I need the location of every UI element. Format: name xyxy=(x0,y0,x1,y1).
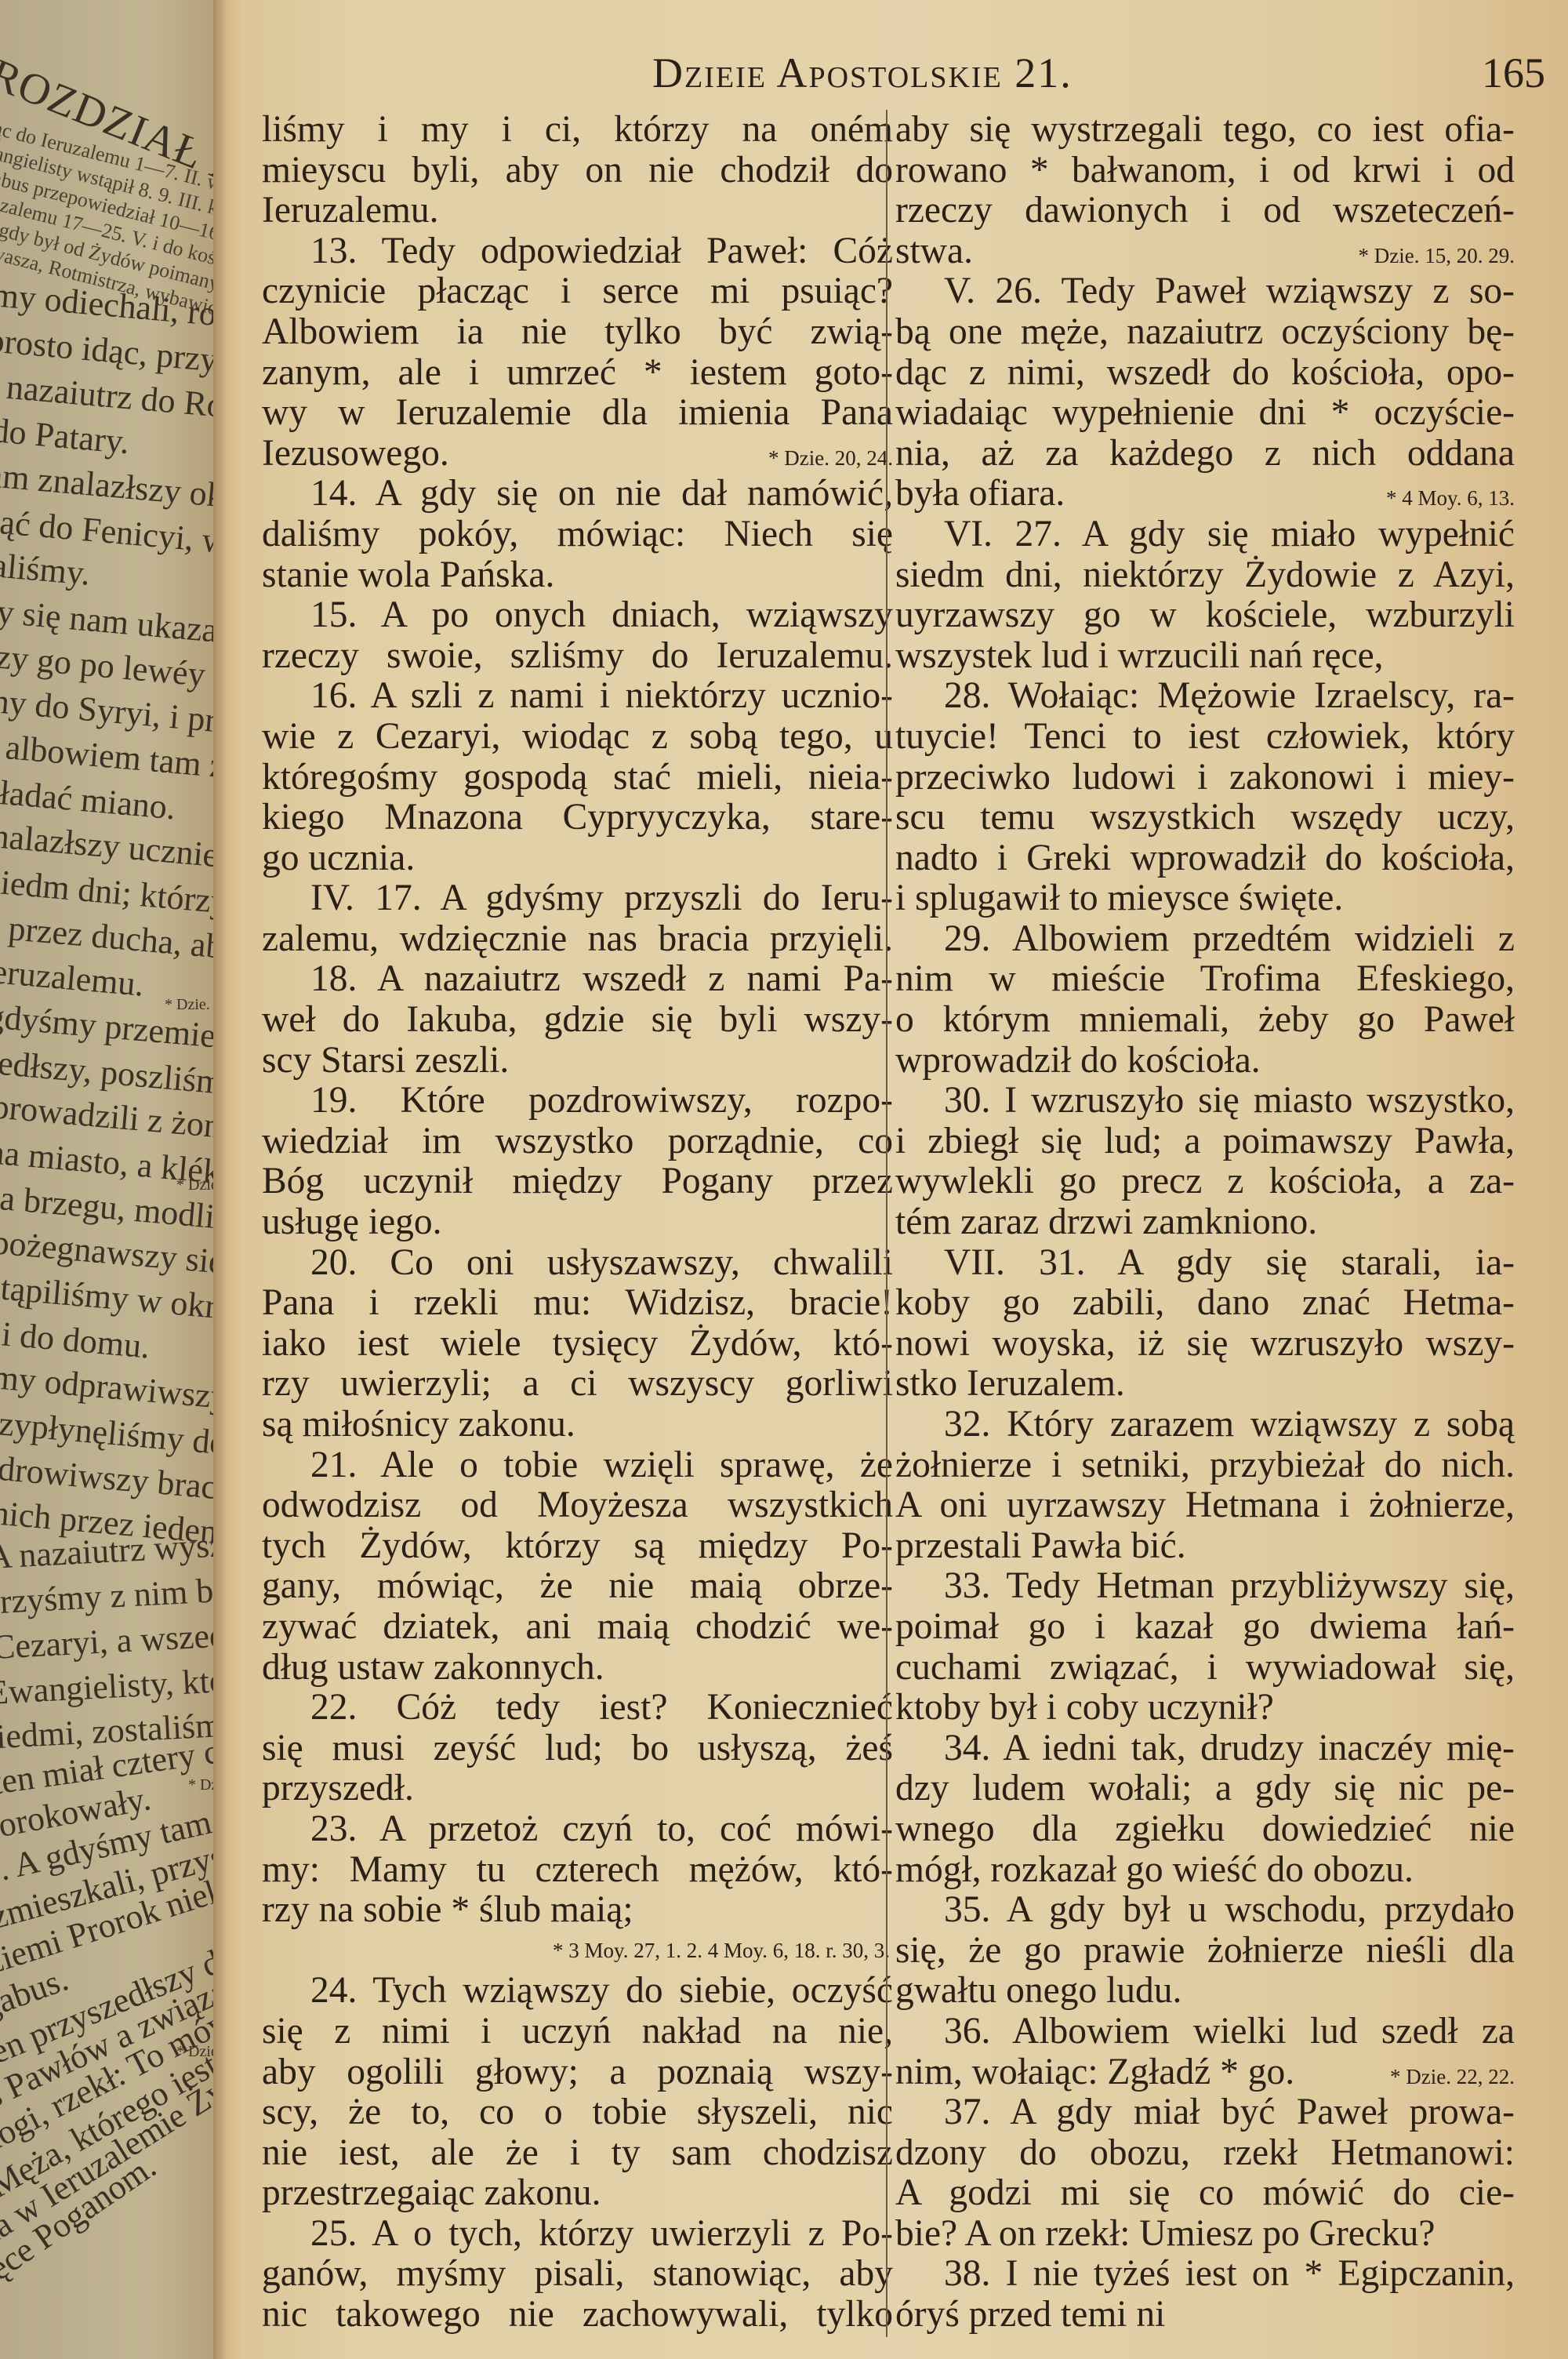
left-page-footnote: * Dzie. 1 xyxy=(176,2043,213,2061)
left-page-text-line: do Patary. xyxy=(0,410,131,462)
text-line: stko Ieruzalem. xyxy=(895,1364,1515,1405)
text-line: Ieruzalemu. xyxy=(262,191,893,231)
text-line: dzony do obozu, rzekł Hetmanowi: xyxy=(895,2133,1515,2174)
text-line: rzy na sobie * ślub maią; xyxy=(262,1890,893,1931)
text-line: A oni uyrzawszy Hetmana i żołnierze, xyxy=(895,1485,1515,1526)
text-line: są miłośnicy zakonu. xyxy=(262,1405,893,1445)
text-line: bą one męże, nazaiutrz oczyściony bę- xyxy=(895,312,1515,353)
verse-start-line: 24. Tych wziąwszy do siebie, oczyść xyxy=(262,1971,893,2012)
left-page-footnote: * Dzie. 1 xyxy=(188,1776,213,1794)
text-line: któregośmy gospodą stać mieli, nieia- xyxy=(262,758,893,798)
text-line: zywać dziatek, ani maią chodzić we- xyxy=(262,1607,893,1648)
text-line: nadto i Greki wprowadził do kościoła, xyxy=(895,838,1515,879)
text-line: wy w Ieruzalemie dla imienia Pana xyxy=(262,393,893,434)
text-line: my: Mamy tu czterech mężów, któ- xyxy=(262,1850,893,1891)
verse-start-line: 32. Który zarazem wziąwszy z sobą xyxy=(895,1405,1515,1445)
text-line: poimał go i kazał go dwiema łań- xyxy=(895,1607,1515,1648)
text-line: go ucznia. xyxy=(262,838,893,879)
text-line: dług ustaw zakonnych. xyxy=(262,1648,893,1688)
text-line: aby ogolili głowy; a poznaią wszy- xyxy=(262,2052,893,2093)
text-line-with-reference: stwa.* Dzie. 15, 20. 29. xyxy=(895,231,1515,272)
text-line: Iezusowego. xyxy=(262,434,449,474)
text-line: przeciwko ludowi i zakonowi i miey- xyxy=(895,758,1515,798)
text-line: mieyscu byli, aby on nie chodził do xyxy=(262,151,893,191)
left-page-text-line: aliśmy. xyxy=(0,545,92,594)
text-line: żołnierze i setniki, przybieżał do nich. xyxy=(895,1445,1515,1486)
text-line: przestali Pawła bić. xyxy=(895,1526,1515,1567)
text-line: zalemu, wdzięcznie nas bracia przyięli. xyxy=(262,919,893,960)
text-line: bie? A on rzekł: Umiesz po Grecku? xyxy=(895,2214,1515,2255)
text-line-with-reference: Iezusowego.* Dzie. 20, 24. xyxy=(262,434,893,474)
text-line: óryś przed temi ni xyxy=(895,2295,1515,2335)
text-line: rzeczy swoie, szliśmy do Ieruzalemu. xyxy=(262,636,893,677)
verse-start-line: 21. Ale o tobie wzięli sprawę, że xyxy=(262,1445,893,1486)
text-line: tych Żydów, którzy są między Po- xyxy=(262,1526,893,1567)
verse-start-line: 38. I nie tyżeś iest on * Egipczanin, xyxy=(895,2254,1515,2295)
verse-start-line: 13. Tedy odpowiedział Paweł: Cóż xyxy=(262,231,893,272)
verse-start-line: 15. A po onych dniach, wziąwszy xyxy=(262,595,893,636)
text-line: uyrzawszy go w kościele, wzburzyli xyxy=(895,595,1515,636)
verse-start-line: 18. A nazaiutrz wszedł z nami Pa- xyxy=(262,959,893,1000)
text-line: wie z Cezaryi, wiodąc z sobą tego, u xyxy=(262,717,893,758)
text-line: tuycie! Tenci to iest człowiek, który xyxy=(895,717,1515,758)
text-line: gany, mówiąc, że nie maią obrze- xyxy=(262,1566,893,1607)
verse-start-line: VI. 27. A gdy się miało wypełnić xyxy=(895,514,1515,555)
text-line: usługę iego. xyxy=(262,1202,893,1243)
verse-start-line: 23. A przetoż czyń to, coć mówi- xyxy=(262,1809,893,1850)
footnote-reference: * 3 Moy. 27, 1. 2. 4 Moy. 6, 18. r. 30, … xyxy=(262,1931,893,1972)
text-line: i splugawił to mieysce święte. xyxy=(895,878,1515,919)
text-line: wiadaiąc wypełnienie dni * oczyście- xyxy=(895,393,1515,434)
left-page-text-line: ili do domu. xyxy=(0,1312,151,1366)
text-line: scu temu wszystkich wszędy uczy, xyxy=(895,798,1515,838)
text-line: czynicie płacząc i serce mi psuiąc? xyxy=(262,271,893,312)
verse-start-line: VII. 31. A gdy się starali, ia- xyxy=(895,1243,1515,1284)
text-line: się, że go prawie żołnierze nieśli dla xyxy=(895,1931,1515,1972)
text-line: i zbiegł się lud; a poimawszy Pawła, xyxy=(895,1121,1515,1162)
text-line: nim w mieście Trofima Efeskiego, xyxy=(895,959,1515,1000)
verse-start-line: 37. A gdy miał być Paweł prowa- xyxy=(895,2092,1515,2133)
text-line: nic takowego nie zachowywali, tylko xyxy=(262,2295,893,2335)
text-column-left: liśmy i my i ci, którzy na onémmieyscu b… xyxy=(262,110,893,2335)
text-line: Albowiem ia nie tylko być zwią- xyxy=(262,312,893,353)
text-line: liśmy i my i ci, którzy na oném xyxy=(262,110,893,151)
text-line: odwodzisz od Moyżesza wszystkich xyxy=(262,1485,893,1526)
text-line: zanym, ale i umrzeć * iestem goto- xyxy=(262,353,893,394)
text-line: wnego dla zgiełku dowiedzieć nie xyxy=(895,1809,1515,1850)
text-line: dąc z nimi, wszedł do kościoła, opo- xyxy=(895,353,1515,394)
text-line: cuchami związać, i wywiadował się, xyxy=(895,1648,1515,1688)
text-line: kiego Mnazona Cypryyczyka, stare- xyxy=(262,798,893,838)
verse-start-line: 14. A gdy się on nie dał namówić, xyxy=(262,474,893,514)
text-line: przestrzegaiąc zakonu. xyxy=(262,2173,893,2214)
text-line-with-reference: nim, wołaiąc: Zgładź * go.* Dzie. 22, 22… xyxy=(895,2052,1515,2093)
left-page-fragment: ROZDZIAŁ XXI.Iadąc do Ieruzalemu 1—7. II… xyxy=(0,0,213,2359)
text-column-right: aby się wystrzegali tego, co iest ofia-r… xyxy=(895,110,1515,2335)
verse-start-line: IV. 17. A gdyśmy przyszli do Ieru- xyxy=(262,878,893,919)
left-page-text-line: eruzalemu. xyxy=(0,951,146,1005)
text-line: przyszedł. xyxy=(262,1768,893,1809)
right-page: Dzieie Apostolskie 21. 165 liśmy i my i … xyxy=(245,0,1568,2359)
running-title: Dzieie Apostolskie 21. xyxy=(652,49,1073,97)
text-line: koby go zabili, dano znać Hetma- xyxy=(895,1283,1515,1324)
text-line: daliśmy pokóy, mówiąc: Niech się xyxy=(262,514,893,555)
page-number: 165 xyxy=(1482,49,1545,97)
text-line: nia, aż za każdego z nich oddana xyxy=(895,434,1515,474)
text-line: weł do Iakuba, gdzie się byli wszy- xyxy=(262,1000,893,1041)
verse-start-line: 29. Albowiem przedtém widzieli z xyxy=(895,919,1515,960)
text-line-with-reference: była ofiara.* 4 Moy. 6, 13. xyxy=(895,474,1515,514)
verse-start-line: 16. A szli z nami i niektórzy ucznio- xyxy=(262,676,893,717)
text-line: rzy uwierzyli; a ci wszyscy gorliwi xyxy=(262,1364,893,1405)
text-line: się z nimi i uczyń nakład na nie, xyxy=(262,2012,893,2052)
text-line: iako iest wiele tysięcy Żydów, któ- xyxy=(262,1324,893,1365)
text-line: dzy ludem wołali; a gdy się nic pe- xyxy=(895,1768,1515,1809)
text-line: nie iest, ale że i ty sam chodzisz xyxy=(262,2133,893,2174)
text-line: rowano * bałwanom, i od krwi i od xyxy=(895,151,1515,191)
verse-start-line: 28. Wołaiąc: Mężowie Izraelscy, ra- xyxy=(895,676,1515,717)
column-divider-rule xyxy=(886,110,887,2337)
verse-start-line: 22. Cóż tedy iest? Koniecznieć xyxy=(262,1688,893,1728)
text-line: była ofiara. xyxy=(895,474,1065,514)
verse-start-line: 34. A iedni tak, drudzy inaczéy mię- xyxy=(895,1728,1515,1769)
text-line: scy Starsi zeszli. xyxy=(262,1041,893,1081)
text-line: Pana i rzekli mu: Widzisz, bracie! xyxy=(262,1283,893,1324)
text-line: wiedział im wszystko porządnie, co xyxy=(262,1121,893,1162)
text-line: wprowadził do kościoła. xyxy=(895,1041,1515,1081)
verse-start-line: 25. A o tych, którzy uwierzyli z Po- xyxy=(262,2214,893,2255)
text-line: stanie wola Pańska. xyxy=(262,555,893,596)
text-line: się musi zeyść lud; bo usłyszą, żeś xyxy=(262,1728,893,1769)
text-line: rzeczy dawionych i od wszeteczeń- xyxy=(895,191,1515,231)
text-line: mógł, rozkazał go wieść do obozu. xyxy=(895,1850,1515,1891)
text-line: o którym mniemali, żeby go Paweł xyxy=(895,1000,1515,1041)
text-line: wszystek lud i wrzucili nań ręce, xyxy=(895,636,1515,677)
text-line: wywlekli go precz z kościoła, a za- xyxy=(895,1161,1515,1202)
text-line: Bóg uczynił między Pogany przez xyxy=(262,1161,893,1202)
text-line: gwałtu onego ludu. xyxy=(895,1971,1515,2012)
verse-start-line: V. 26. Tedy Paweł wziąwszy z so- xyxy=(895,271,1515,312)
text-line: tém zaraz drzwi zamkniono. xyxy=(895,1202,1515,1243)
text-line: nowi woyska, iż się wzruszyło wszy- xyxy=(895,1324,1515,1365)
verse-start-line: 33. Tedy Hetman przybliżywszy się, xyxy=(895,1566,1515,1607)
verse-start-line: 30. I wzruszyło się miasto wszystko, xyxy=(895,1081,1515,1121)
text-line: A godzi mi się co mówić do cie- xyxy=(895,2173,1515,2214)
left-page-footnote: * Dzie. 21. xyxy=(165,996,213,1014)
text-line: siedm dni, niektórzy Żydowie z Azyi, xyxy=(895,555,1515,596)
text-line: ktoby był i coby uczynił? xyxy=(895,1688,1515,1728)
text-line: scy, że to, co o tobie słyszeli, nic xyxy=(262,2092,893,2133)
text-line: ganów, myśmy pisali, stanowiąc, aby xyxy=(262,2254,893,2295)
verse-start-line: 36. Albowiem wielki lud szedł za xyxy=(895,2012,1515,2052)
verse-start-line: 35. A gdy był u wschodu, przydało xyxy=(895,1890,1515,1931)
book-gutter xyxy=(213,0,245,2359)
verse-start-line: 19. Które pozdrowiwszy, rozpo- xyxy=(262,1081,893,1121)
text-line: aby się wystrzegali tego, co iest ofia- xyxy=(895,110,1515,151)
text-line: nim, wołaiąc: Zgładź * go. xyxy=(895,2052,1294,2093)
text-line: stwa. xyxy=(895,231,973,272)
left-page-footnote: * Dzie. 2 xyxy=(176,1176,213,1194)
verse-start-line: 20. Co oni usłyszawszy, chwalili xyxy=(262,1243,893,1284)
